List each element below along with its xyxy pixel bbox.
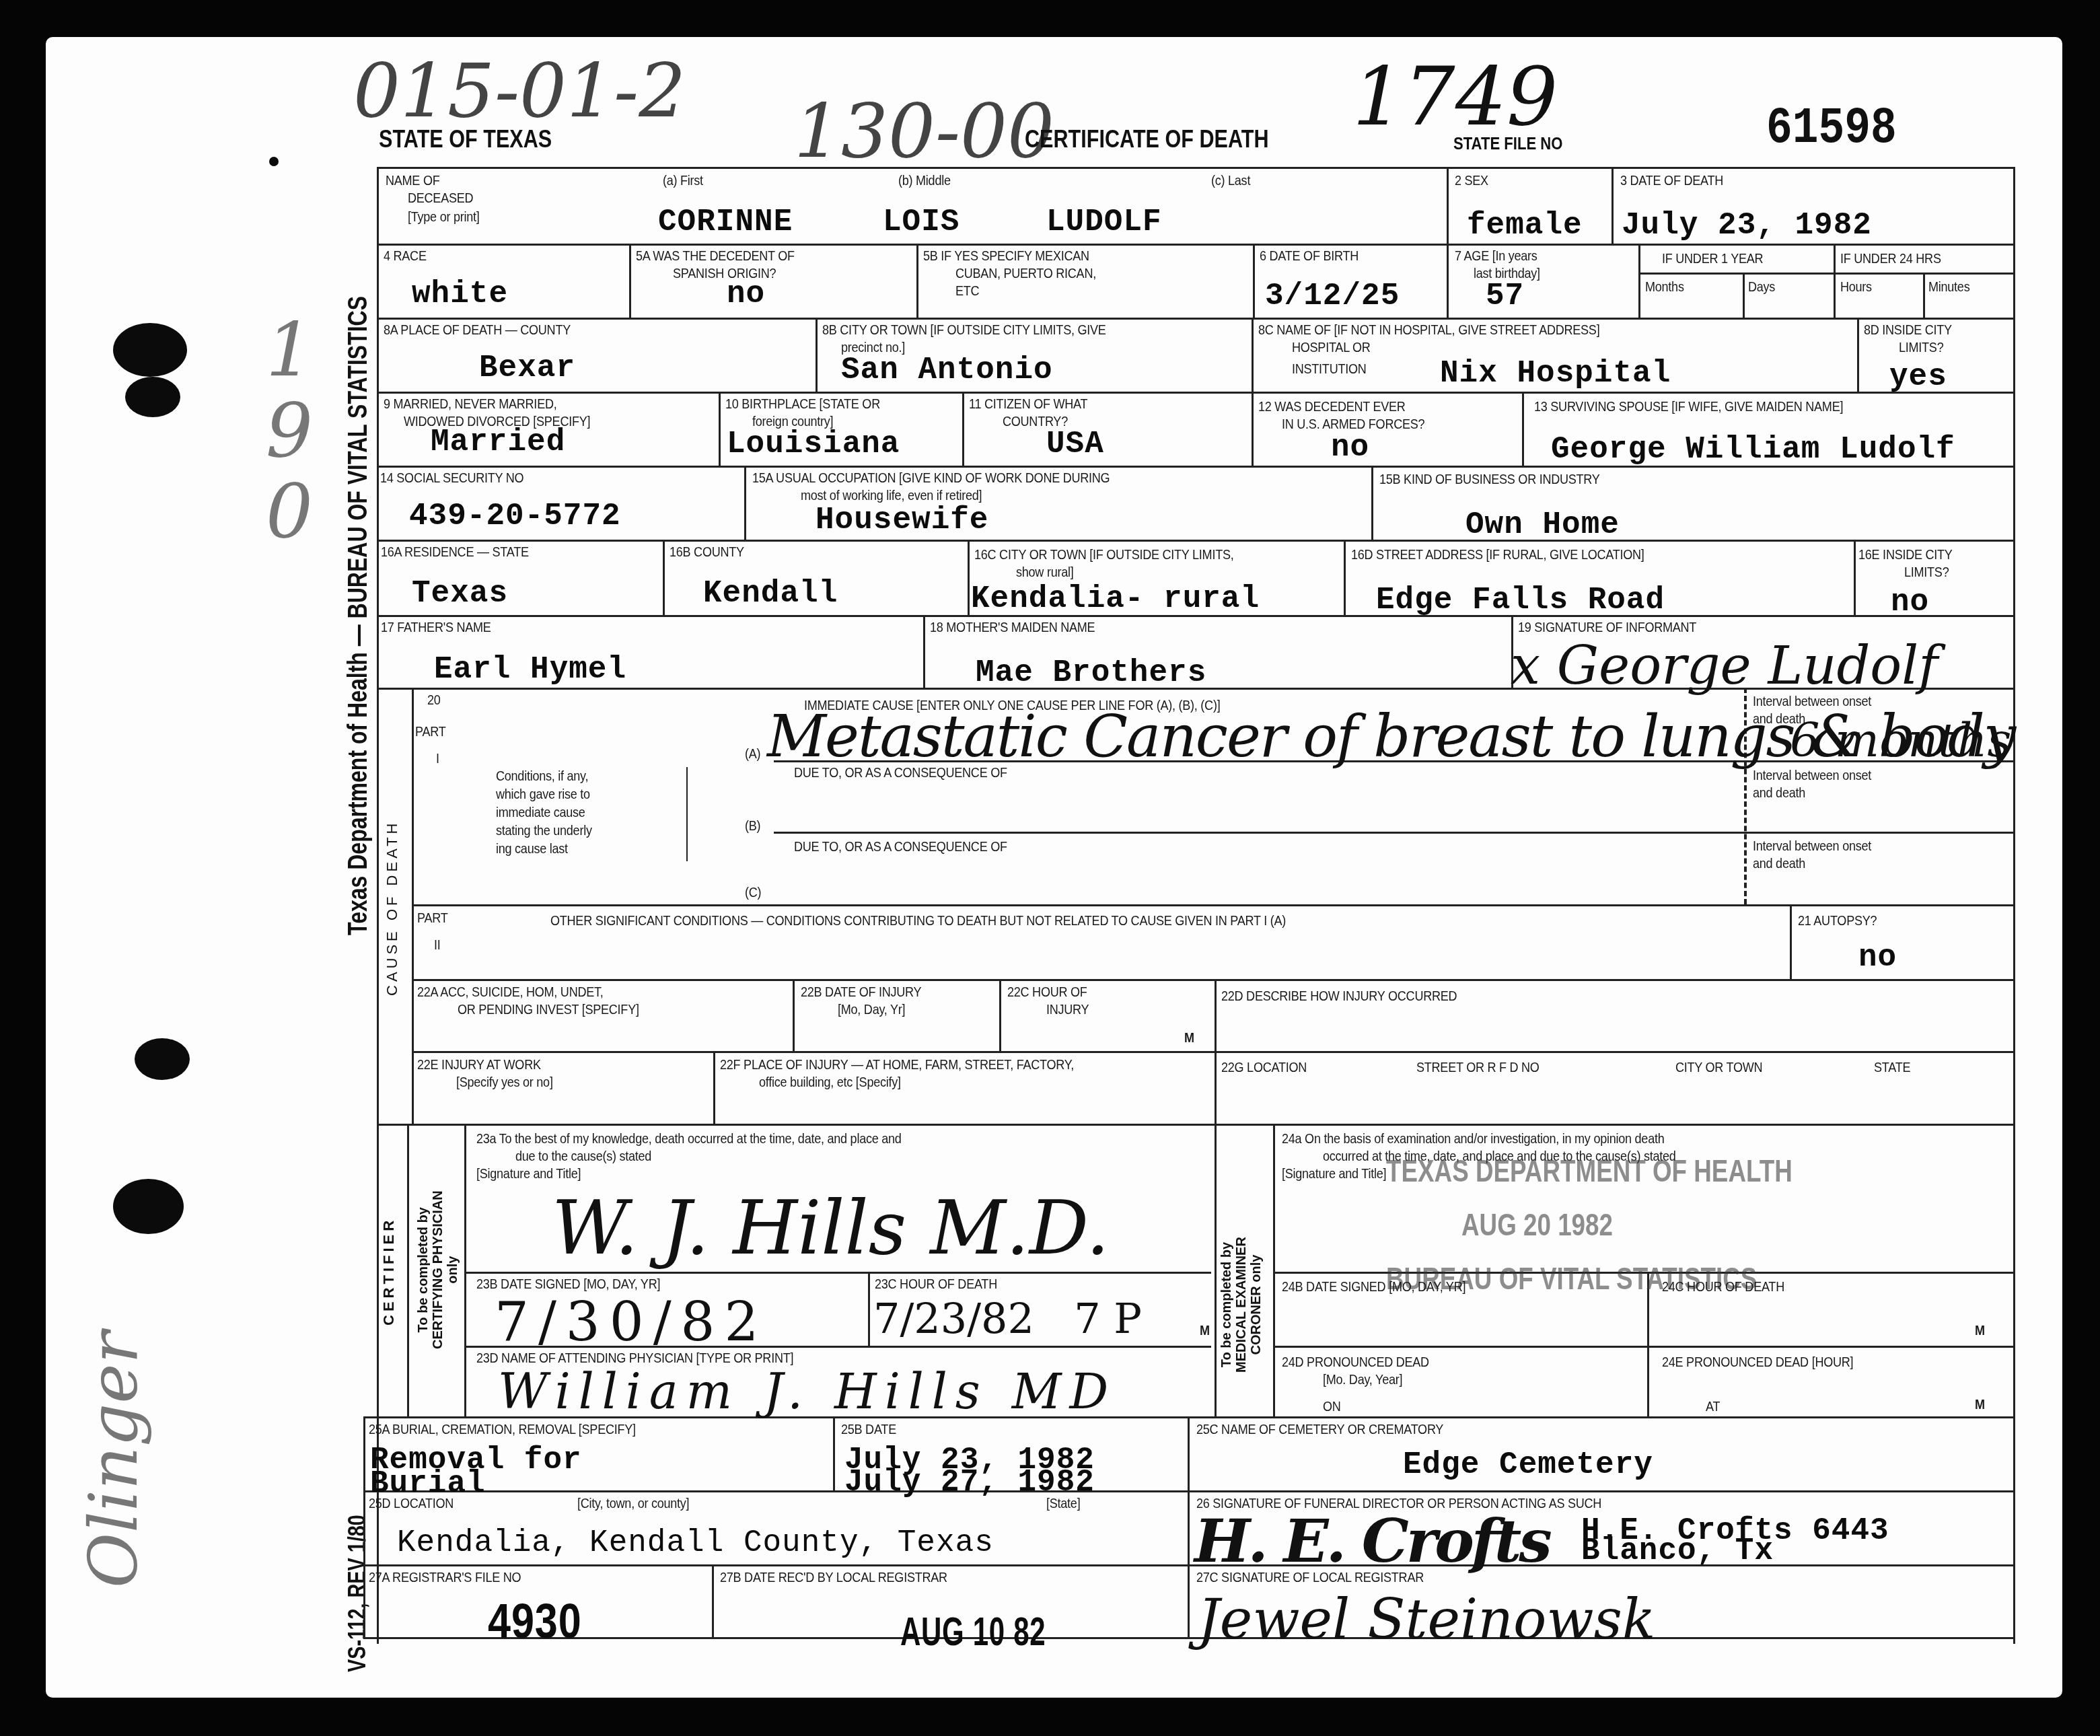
hole-punch [135, 1038, 190, 1080]
mother-value: Mae Brothers [976, 656, 1206, 690]
f23a-label: [Signature and Title] [476, 1165, 581, 1183]
row-line [1638, 273, 2013, 275]
col-line [1252, 318, 1254, 392]
f8d-label: LIMITS? [1899, 339, 1943, 357]
part-i-label: PART [415, 723, 445, 741]
f5b-label: 5b IF YES SPECIFY MEXICAN [923, 248, 1089, 265]
handwritten-code-2: 130-00 [794, 91, 1054, 172]
disposition-location-value: Kendalia, Kendall County, Texas [397, 1526, 994, 1560]
col-line [916, 244, 918, 318]
res-city-value: Kendalia- rural [971, 582, 1260, 616]
f17-label: 17 FATHER'S NAME [381, 619, 491, 637]
f24c-label: 24c HOUR OF DEATH [1662, 1278, 1784, 1296]
certifier-vertical-label: CERTIFIER [380, 1217, 398, 1326]
due-to-label: DUE TO, OR AS A CONSEQUENCE OF [794, 838, 1007, 856]
part-i-numeral: I [436, 750, 439, 768]
col-line [1252, 392, 1254, 466]
f15a-label: 15a USUAL OCCUPATION [Give kind of work … [752, 470, 1110, 487]
on-label: ON [1323, 1398, 1341, 1416]
col-line [833, 1416, 835, 1490]
f25d-label: 25d LOCATION [369, 1495, 454, 1513]
f16c-label: show rural] [1016, 564, 1073, 581]
f5a-label: 5a WAS THE DECEDENT OF [636, 248, 795, 265]
form-border-left-lower [363, 1416, 365, 1638]
f27c-label: 27c SIGNATURE OF LOCAL REGISTRAR [1196, 1569, 1424, 1587]
col-line [968, 540, 970, 615]
f4-label: 4 RACE [384, 248, 427, 265]
f24a-label: [Signature and Title] [1282, 1165, 1386, 1183]
line-a-label: (a) [745, 746, 760, 763]
f22b-label: [Mo, Day, Yr] [838, 1001, 905, 1019]
f22e-label: 22e INJURY AT WORK [417, 1056, 541, 1074]
medical-examiner-vertical-label: To be completed by MEDICAL EXAMINER CORO… [1219, 1237, 1264, 1373]
f16a-label: 16a RESIDENCE — STATE [381, 544, 529, 561]
cemetery-value: Edge Cemetery [1403, 1448, 1653, 1482]
f25d-state-sublabel: [State] [1046, 1495, 1080, 1513]
due-to-label: DUE TO, OR AS A CONSEQUENCE OF [794, 764, 1007, 782]
f8c-label: 8c NAME OF [If not in hospital, give str… [1258, 322, 1599, 339]
f13-label: 13 SURVIVING SPOUSE [If wife, give maide… [1534, 398, 1843, 416]
f22g-state-label: STATE [1874, 1059, 1910, 1077]
f1-label: NAME OF [386, 172, 439, 190]
row-line [464, 1272, 1211, 1274]
f2-label: 2 SEX [1455, 172, 1488, 190]
handwritten-margin-note: Olinger [74, 1332, 153, 1588]
row-line [377, 540, 2015, 542]
hole-punch [113, 323, 187, 377]
f18-label: 18 MOTHER'S MAIDEN NAME [930, 619, 1095, 637]
res-state-value: Texas [412, 577, 508, 610]
col-line [1273, 1124, 1275, 1416]
f22c-label: 22c HOUR OF [1007, 984, 1087, 1001]
col-line [962, 392, 964, 466]
col-line [868, 1272, 870, 1346]
col-line [713, 1051, 715, 1124]
f23a-label: due to the cause(s) stated [515, 1148, 651, 1165]
f25a-label: 25a BURIAL, CREMATION, REMOVAL [Specify] [369, 1421, 636, 1439]
last-name-value: LUDOLF [1046, 205, 1162, 239]
f8c-label: INSTITUTION [1292, 361, 1367, 378]
col-line [744, 466, 746, 540]
col-line [923, 615, 925, 688]
attending-physician-value: William J. Hills MD [498, 1365, 1116, 1418]
res-street-value: Edge Falls Road [1376, 583, 1665, 617]
registrar-file-no-value: 4930 [488, 1595, 582, 1649]
f27b-label: 27b DATE REC'D BY LOCAL REGISTRAR [720, 1569, 947, 1587]
industry-value: Own Home [1465, 508, 1620, 542]
certificate-title: CERTIFICATE OF DEATH [1025, 125, 1269, 153]
f1-label: [Type or print] [408, 209, 480, 226]
date-received-value: AUG 10 82 [900, 1608, 1046, 1655]
citizenship-value: USA [1046, 427, 1104, 461]
death-inside-city-value: yes [1889, 360, 1947, 394]
f6-label: 6 DATE OF BIRTH [1260, 248, 1359, 265]
hours-label: Hours [1840, 279, 1872, 296]
f22d-label: 22d DESCRIBE HOW INJURY OCCURRED [1221, 988, 1457, 1005]
line-b-label: (b) [745, 818, 760, 835]
form-number-vertical-label: VS-112, REV 1/80 [343, 1515, 371, 1672]
f12-label: 12 WAS DECEDENT EVER [1258, 398, 1406, 416]
other-conditions-label: OTHER SIGNIFICANT CONDITIONS — CONDITION… [550, 912, 1286, 930]
certifying-physician-vertical-label: To be completed by CERTIFYING PHYSICIAN … [416, 1190, 460, 1349]
f16d-label: 16d STREET ADDRESS [If rural, give locat… [1351, 546, 1644, 564]
f8d-label: 8d INSIDE CITY [1864, 322, 1952, 339]
hole-punch [125, 377, 180, 417]
f22g-city-label: CITY OR TOWN [1675, 1059, 1762, 1077]
m-label: M [1975, 1396, 1985, 1414]
hospital-value: Nix Hospital [1440, 357, 1671, 390]
row-line [377, 1124, 2015, 1126]
f5b-label: CUBAN, PUERTO RICAN, [955, 265, 1096, 283]
col-line [719, 392, 721, 466]
col-line [629, 244, 631, 318]
col-line [1857, 318, 1859, 392]
part-ii-numeral: II [434, 937, 441, 954]
f22g-label: 22g LOCATION [1221, 1059, 1307, 1077]
f1-label: DECEASED [408, 190, 473, 207]
col-line [1790, 904, 1792, 979]
m-label: M [1184, 1029, 1194, 1047]
col-line [999, 979, 1001, 1051]
f21-label: 21 AUTOPSY? [1798, 912, 1877, 930]
f22b-label: 22b DATE OF INJURY [801, 984, 921, 1001]
col-line [1834, 244, 1836, 318]
col-line [663, 540, 665, 615]
part-ii-label: PART [417, 910, 447, 927]
col-line [1447, 167, 1449, 244]
col-line [1215, 1124, 1217, 1416]
hole-punch [113, 1179, 184, 1234]
col-line [1188, 1416, 1190, 1637]
funeral-director-signature: H. E. Crofts [1194, 1507, 1550, 1575]
line-c-label: (c) [745, 884, 761, 902]
physician-signature: W. J. Hills M.D. [552, 1184, 1110, 1272]
row-line [377, 244, 2015, 246]
f16e-label: 16e INSIDE CITY [1858, 546, 1953, 564]
f24e-label: 24e PRONOUNCED DEAD [Hour] [1662, 1354, 1853, 1371]
f14-label: 14 SOCIAL SECURITY NO [380, 470, 523, 487]
f22f-label: office building, etc [Specify] [759, 1074, 901, 1091]
col-line [407, 1124, 409, 1416]
f19-label: 19 SIGNATURE OF INFORMANT [1518, 619, 1696, 637]
informant-signature: x George Ludolf [1511, 636, 1938, 696]
surviving-spouse-value: George William Ludolf [1551, 433, 1955, 466]
f23c-label: 23c HOUR OF DEATH [875, 1276, 997, 1293]
col-line [712, 1564, 714, 1637]
state-file-no: 61598 [1766, 100, 1897, 157]
birthplace-value: Louisiana [727, 427, 900, 461]
under-1-year-label: IF UNDER 1 YEAR [1662, 250, 1763, 268]
sex-value: female [1467, 209, 1583, 242]
f23a-label: 23a To the best of my knowledge, death o… [476, 1130, 902, 1148]
interval-a-value: 6 months [1790, 713, 2012, 767]
interval-label: Interval between onsetand death [1753, 838, 1871, 873]
f15b-label: 15b KIND OF BUSINESS OR INDUSTRY [1379, 471, 1600, 489]
father-value: Earl Hymel [434, 653, 626, 686]
race-value: white [412, 277, 508, 311]
f8c-label: HOSPITAL OR [1292, 339, 1371, 357]
row-line [377, 392, 2015, 394]
f27a-label: 27a REGISTRAR'S FILE NO [369, 1569, 521, 1587]
interval-label: Interval between onsetand death [1753, 767, 1871, 802]
f22a-label: 22a ACC, SUICIDE, HOM, UNDET, [417, 984, 604, 1001]
col-line [1743, 273, 1745, 318]
col-line [1638, 244, 1640, 318]
col-line [1612, 167, 1614, 244]
col-line [1371, 466, 1373, 540]
f1c-label: (c) Last [1211, 172, 1250, 190]
hour-of-death-value: 7/23/82 7 P [873, 1295, 1142, 1342]
date-signed-value: 7/30/82 [495, 1292, 768, 1352]
f24d-label: [Mo. Day, Year] [1323, 1371, 1402, 1389]
col-line [1344, 540, 1346, 615]
m-label: M [1200, 1322, 1210, 1340]
f16b-label: 16b COUNTY [669, 544, 744, 561]
months-label: Months [1645, 279, 1684, 296]
minutes-label: Minutes [1928, 279, 1969, 296]
col-line [1923, 273, 1925, 318]
middle-name-value: LOIS [883, 205, 960, 239]
res-inside-city-value: no [1891, 585, 1929, 619]
death-county-value: Bexar [479, 351, 575, 385]
f11-label: 11 CITIZEN OF WHAT [969, 396, 1087, 413]
ssn-value: 439-20-5772 [409, 499, 621, 533]
f20-number: 20 [427, 692, 441, 709]
col-line [1253, 244, 1255, 318]
f10-label: 10 BIRTHPLACE [State or [725, 396, 880, 413]
f24d-label: 24d PRONOUNCED DEAD [1282, 1354, 1429, 1371]
marital-status-value: Married [431, 425, 565, 459]
res-county-value: Kendall [703, 577, 838, 610]
f22f-label: 22f PLACE OF INJURY — At home, farm, str… [720, 1056, 1074, 1074]
f5b-label: ETC [955, 283, 979, 300]
f25c-label: 25c NAME OF CEMETERY OR CREMATORY [1196, 1421, 1443, 1439]
col-line [1215, 979, 1217, 1124]
date-of-death-value: July 23, 1982 [1622, 209, 1872, 242]
col-line [686, 767, 688, 861]
f7-label: 7 AGE [In years [1455, 248, 1537, 265]
pencil-note: 1 9 0 [266, 310, 320, 552]
f9-label: 9 MARRIED, NEVER MARRIED, [384, 396, 556, 413]
disposition-date-2: July 27, 1982 [844, 1466, 1095, 1499]
at-label: AT [1706, 1398, 1720, 1416]
ink-dot [269, 157, 279, 166]
f8b-label: 8b CITY OR TOWN [If outside city limits,… [822, 322, 1106, 339]
col-line [793, 979, 795, 1051]
first-name-value: CORINNE [658, 205, 793, 239]
f16e-label: LIMITS? [1904, 564, 1949, 581]
armed-forces-value: no [1331, 431, 1369, 464]
age-value: 57 [1486, 279, 1524, 313]
col-line [412, 688, 414, 1124]
f3-label: 3 DATE OF DEATH [1620, 172, 1723, 190]
row-line [377, 318, 2015, 320]
row-line [412, 979, 2015, 981]
spanish-origin-value: no [727, 277, 765, 311]
handwritten-code-1: 015-01-2 [353, 50, 686, 131]
row-line [1275, 1346, 2015, 1348]
state-title: STATE OF TEXAS [379, 125, 552, 153]
f22a-label: OR PENDING INVEST [Specify] [458, 1001, 639, 1019]
conditions-note: Conditions, if any, which gave rise to i… [496, 767, 592, 858]
col-line [1447, 244, 1449, 318]
m-label: M [1975, 1322, 1985, 1340]
f22c-label: INJURY [1046, 1001, 1089, 1019]
agency-vertical-label: Texas Department of Health — BUREAU OF V… [343, 296, 373, 935]
col-line [1854, 540, 1856, 615]
registrar-signature: Jewel Steinowsk [1198, 1588, 1655, 1653]
days-label: Days [1748, 279, 1775, 296]
f16c-label: 16c CITY OR TOWN [If outside city limits… [974, 546, 1233, 564]
col-line [1522, 392, 1524, 466]
f22g-street-label: STREET OR R F D NO [1416, 1059, 1540, 1077]
f8a-label: 8a PLACE OF DEATH — COUNTY [384, 322, 571, 339]
f25b-label: 25b DATE [841, 1421, 896, 1439]
row-line [412, 1051, 2015, 1053]
col-line [464, 1124, 466, 1416]
f22e-label: [Specify yes or no] [456, 1074, 553, 1091]
f24b-label: 24b DATE SIGNED [Mo, Day, Yr] [1282, 1278, 1465, 1296]
row-line [774, 832, 2015, 834]
f1b-label: (b) Middle [898, 172, 951, 190]
row-line [377, 167, 2015, 169]
state-file-no-label: STATE FILE NO [1453, 133, 1562, 154]
row-line [363, 1637, 2015, 1639]
row-line [412, 904, 2015, 906]
death-city-value: San Antonio [841, 353, 1053, 387]
under-24-hrs-label: IF UNDER 24 HRS [1840, 250, 1941, 268]
occupation-value: Housewife [816, 503, 988, 537]
funeral-director-value-2: Blanco, Tx [1581, 1534, 1774, 1568]
handwritten-code-3: 1749 [1352, 54, 1558, 141]
date-of-birth-value: 3/12/25 [1265, 279, 1400, 313]
f1a-label: (a) First [663, 172, 703, 190]
autopsy-value: no [1858, 941, 1897, 974]
cause-of-death-vertical-label: CAUSE OF DEATH [384, 820, 401, 996]
col-line [816, 318, 818, 392]
f25d-city-sublabel: [City, town, or county] [577, 1495, 689, 1513]
